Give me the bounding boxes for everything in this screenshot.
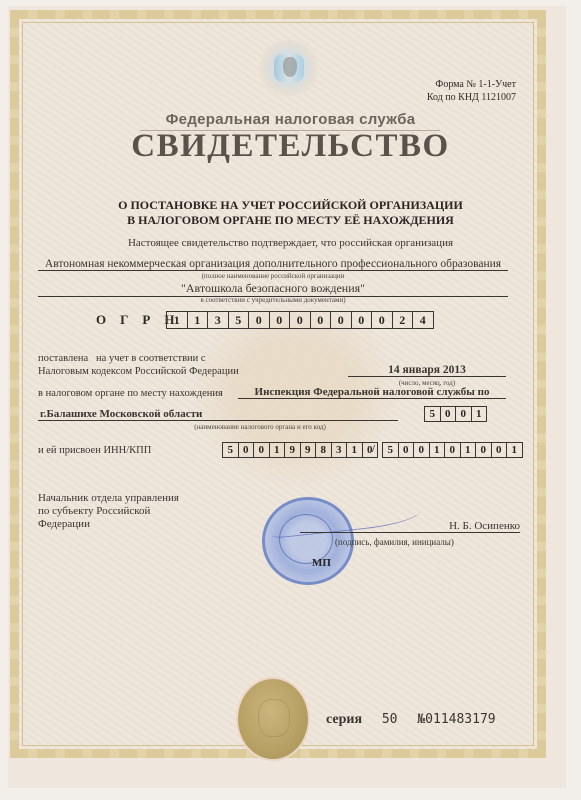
ogrn-digit-6: 0: [270, 312, 291, 328]
position-line-2: по субъекту Российской: [38, 505, 179, 518]
ogrn-digit-10: 0: [352, 312, 373, 328]
authority-code-digit-1: 5: [425, 407, 441, 421]
tax-authority-line-1: Инспекция Федеральной налоговой службы п…: [238, 386, 506, 399]
stamp-place-label: МП: [312, 557, 331, 569]
registration-text: поставлена на учет в соответствии с Нало…: [38, 352, 239, 378]
series-label: серия: [326, 712, 362, 727]
subtitle-line-2: В НАЛОГОВОМ ОРГАНЕ ПО МЕСТУ ЕЁ НАХОЖДЕНИ…: [0, 213, 581, 228]
tax-authority-note: (наименование налогового органа и его ко…: [160, 423, 360, 431]
place-label: в налоговом органе по месту нахождения: [38, 387, 223, 400]
authority-code-digit-4: 1: [472, 407, 487, 421]
inn-digit-2: 0: [239, 443, 255, 457]
document-subtitle: О ПОСТАНОВКЕ НА УЧЕТ РОССИЙСКОЙ ОРГАНИЗА…: [0, 198, 581, 228]
knd-code: Код по КНД 1121007: [427, 91, 516, 104]
signatory-position: Начальник отдела управления по субъекту …: [38, 492, 179, 531]
authority-code-digit-3: 0: [456, 407, 472, 421]
position-line-1: Начальник отдела управления: [38, 492, 179, 505]
inn-digit-3: 0: [254, 443, 270, 457]
org-short-name-note: в соответствии с учредительными документ…: [38, 296, 508, 304]
document-title: СВИДЕТЕЛЬСТВО: [0, 128, 581, 165]
tax-authority-city: г.Балашихе Московской области: [38, 408, 202, 420]
inn-kpp-separator: /: [372, 443, 375, 456]
org-full-name-note: (полное наименование российской организа…: [38, 272, 508, 280]
kpp-digit-9: 1: [507, 443, 522, 457]
signature-note: (подпись, фамилия, инициалы): [335, 536, 454, 549]
inn-digit-7: 8: [316, 443, 332, 457]
seal-eagle-icon: [258, 699, 290, 737]
form-number: Форма № 1-1-Учет: [427, 78, 516, 91]
hologram-emblem-icon: [256, 40, 322, 96]
serial-number-block: серия 50 №011483179: [326, 712, 496, 728]
signatory-name: Н. Б. Осипенко: [300, 520, 520, 533]
inn-digit-8: 3: [332, 443, 348, 457]
kpp-digit-boxes: 500101001: [382, 442, 523, 458]
org-full-name: Автономная некоммерческая организация до…: [38, 258, 508, 271]
series-value: 50: [382, 712, 398, 727]
kpp-digit-4: 1: [430, 443, 446, 457]
inn-digit-5: 9: [285, 443, 301, 457]
ogrn-digit-9: 0: [331, 312, 352, 328]
ogrn-digit-12: 2: [393, 312, 414, 328]
kpp-digit-3: 0: [414, 443, 430, 457]
kpp-digit-5: 0: [445, 443, 461, 457]
ogrn-digit-5: 0: [249, 312, 270, 328]
tax-authority-code-boxes: 5001: [424, 406, 487, 422]
form-number-block: Форма № 1-1-Учет Код по КНД 1121007: [427, 78, 516, 104]
registration-text-line-1: поставлена на учет в соответствии с: [38, 352, 239, 365]
ogrn-digit-8: 0: [311, 312, 332, 328]
kpp-digit-7: 0: [476, 443, 492, 457]
kpp-digit-2: 0: [399, 443, 415, 457]
authority-code-digit-2: 0: [441, 407, 457, 421]
inn-digit-boxes: 5001998310: [222, 442, 378, 458]
kpp-digit-8: 0: [492, 443, 508, 457]
inn-digit-4: 1: [270, 443, 286, 457]
ogrn-digit-4: 5: [229, 312, 250, 328]
kpp-digit-6: 1: [461, 443, 477, 457]
ogrn-digit-3: 3: [208, 312, 229, 328]
ogrn-digit-boxes: 1135000000024: [166, 311, 434, 329]
ogrn-digit-7: 0: [290, 312, 311, 328]
double-headed-eagle-icon: [283, 57, 297, 77]
document-number: №011483179: [417, 712, 495, 727]
kpp-digit-1: 5: [383, 443, 399, 457]
agency-name: Федеральная налоговая служба: [0, 111, 581, 128]
lead-text: Настоящее свидетельство подтверждает, чт…: [0, 237, 581, 249]
registration-text-line-2: Налоговым кодексом Российской Федерации: [38, 365, 239, 378]
ogrn-digit-13: 4: [413, 312, 433, 328]
ogrn-digit-2: 1: [188, 312, 209, 328]
tax-authority-line-2: г.Балашихе Московской области: [38, 408, 398, 421]
org-short-name: "Автошкола безопасного вождения": [38, 281, 508, 297]
registration-date: 14 января 2013: [348, 364, 506, 377]
inn-kpp-label: и ей присвоен ИНН/КПП: [38, 444, 151, 457]
ogrn-digit-1: 1: [167, 312, 188, 328]
inn-digit-1: 5: [223, 443, 239, 457]
ogrn-digit-11: 0: [372, 312, 393, 328]
inn-digit-6: 9: [301, 443, 317, 457]
embossed-gold-seal-icon: [236, 677, 310, 761]
position-line-3: Федерации: [38, 518, 179, 531]
subtitle-line-1: О ПОСТАНОВКЕ НА УЧЕТ РОССИЙСКОЙ ОРГАНИЗА…: [0, 198, 581, 213]
inn-digit-9: 1: [347, 443, 363, 457]
